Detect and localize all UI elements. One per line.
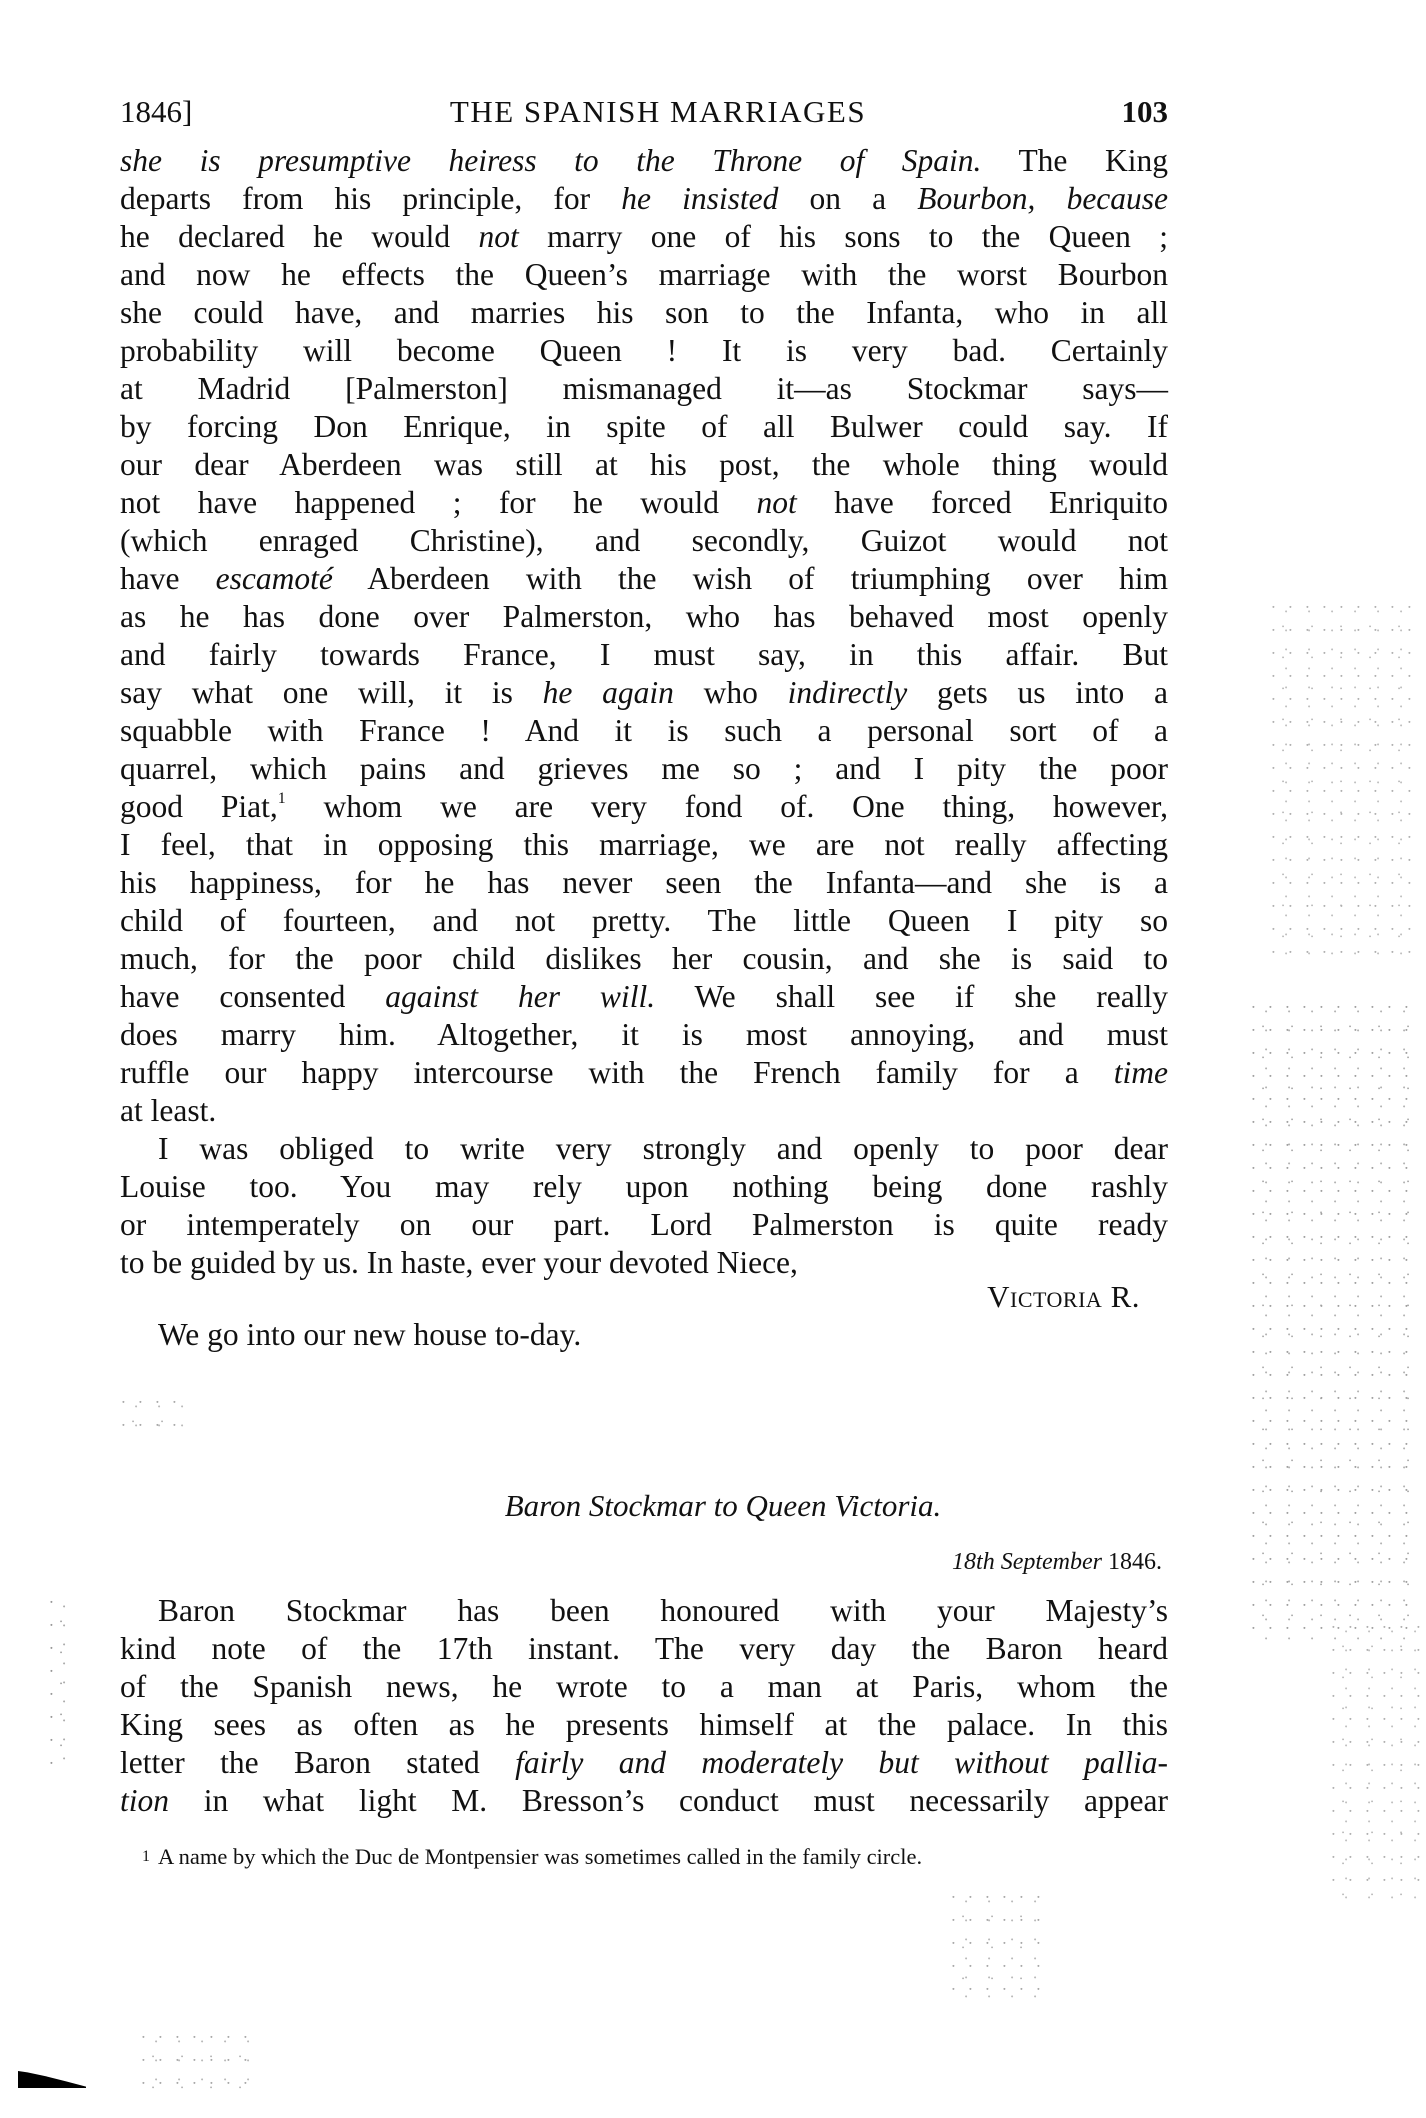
italic-text: he again: [543, 675, 674, 710]
footnote-reference: 1: [278, 790, 286, 807]
text-line: King sees as often as he presents himsel…: [120, 1706, 1168, 1744]
letter-heading: Baron Stockmar to Queen Victoria.: [0, 1486, 1426, 1526]
scan-noise: [140, 2030, 250, 2095]
text-line: have consented against her will. We shal…: [120, 978, 1168, 1016]
page-number: 103: [1122, 92, 1169, 132]
date-day: 18th: [952, 1549, 995, 1575]
italic-text: fairly and moderately but without pallia…: [515, 1745, 1168, 1780]
text-segment: whom we are very fond of. One thing, how…: [286, 789, 1168, 824]
signature: Victoria R.: [987, 1278, 1140, 1316]
text-line: she is presumptive heiress to the Throne…: [120, 142, 1168, 180]
text-line: child of fourteen, and not pretty. The l…: [120, 902, 1168, 940]
text-segment: in what light M. Bresson’s conduct must …: [169, 1783, 1168, 1818]
text-segment: letter the Baron stated: [120, 1745, 515, 1780]
text-segment: The King: [981, 143, 1168, 178]
text-line: our dear Aberdeen was still at his post,…: [120, 446, 1168, 484]
text-segment: and fairly towards France, I must say, i…: [120, 637, 1168, 672]
text-segment: good Piat,: [120, 789, 278, 824]
text-segment: have forced Enriquito: [797, 485, 1168, 520]
text-segment: (which enraged Christine), and secondly,…: [120, 523, 1168, 558]
date-year: 1846.: [1108, 1549, 1162, 1575]
italic-text: escamoté: [216, 561, 333, 596]
text-segment: not have happened ; for he would: [120, 485, 757, 520]
footnote: 1A name by which the Duc de Montpensier …: [142, 1842, 922, 1872]
running-head: 1846] THE SPANISH MARRIAGES 103: [118, 92, 1168, 132]
text-line: much, for the poor child dislikes her co…: [120, 940, 1168, 978]
text-segment: King sees as often as he presents himsel…: [120, 1707, 1168, 1742]
italic-text: not: [757, 485, 797, 520]
text-segment: I feel, that in opposing this marriage, …: [120, 827, 1168, 862]
text-segment: our dear Aberdeen was still at his post,…: [120, 447, 1168, 482]
text-line: tion in what light M. Bresson’s conduct …: [120, 1782, 1168, 1820]
text-line: good Piat,1 whom we are very fond of. On…: [120, 788, 1168, 826]
text-segment: probability will become Queen ! It is ve…: [120, 333, 1168, 368]
text-segment: Aberdeen with the wish of triumphing ove…: [333, 561, 1168, 596]
text-line: quarrel, which pains and grieves me so ;…: [120, 750, 1168, 788]
text-segment: departs from his principle, for: [120, 181, 621, 216]
text-line: ruffle our happy intercourse with the Fr…: [120, 1054, 1168, 1092]
scan-noise: [950, 1890, 1040, 2000]
text-line: letter the Baron stated fairly and moder…: [120, 1744, 1168, 1782]
text-line: his happiness, for he has never seen the…: [120, 864, 1168, 902]
italic-text: indirectly: [788, 675, 908, 710]
footnote-mark: 1: [142, 1848, 150, 1865]
scan-noise: [48, 1595, 66, 1765]
text-line: kind note of the 17th instant. The very …: [120, 1630, 1168, 1668]
text-segment: as he has done over Palmerston, who has …: [120, 599, 1168, 634]
text-segment: his happiness, for he has never seen the…: [120, 865, 1168, 900]
italic-text: tion: [120, 1783, 169, 1818]
italic-text: time: [1114, 1055, 1168, 1090]
text-line: as he has done over Palmerston, who has …: [120, 598, 1168, 636]
text-line: (which enraged Christine), and secondly,…: [120, 522, 1168, 560]
text-line: I was obliged to write very strongly and…: [120, 1130, 1168, 1168]
letter-date: 18th September 1846.: [952, 1546, 1162, 1578]
letter-paragraph-2: I was obliged to write very strongly and…: [120, 1130, 1168, 1282]
scan-noise: [1250, 1000, 1420, 1640]
italic-text: against her will.: [385, 979, 655, 1014]
text-line: at least.: [120, 1092, 1168, 1130]
italic-text: he insisted: [621, 181, 778, 216]
scan-noise: [1270, 600, 1420, 960]
postscript-line: We go into our new house to-day.: [120, 1316, 1168, 1354]
text-segment: marry one of his sons to the Queen ;: [519, 219, 1168, 254]
text-segment: gets us into a: [907, 675, 1168, 710]
text-segment: on a: [778, 181, 917, 216]
text-segment: who: [674, 675, 788, 710]
text-segment: at least.: [120, 1093, 216, 1128]
text-segment: quarrel, which pains and grieves me so ;…: [120, 751, 1168, 786]
text-line: she could have, and marries his son to t…: [120, 294, 1168, 332]
text-segment: and now he effects the Queen’s marriage …: [120, 257, 1168, 292]
text-segment: she could have, and marries his son to t…: [120, 295, 1168, 330]
text-segment: Baron Stockmar has been honoured with yo…: [158, 1593, 1168, 1628]
text-line: probability will become Queen ! It is ve…: [120, 332, 1168, 370]
scan-edge-mark: [18, 2071, 86, 2088]
text-line: at Madrid [Palmerston] mismanaged it—as …: [120, 370, 1168, 408]
letter-body-victoria: she is presumptive heiress to the Throne…: [120, 142, 1168, 1130]
text-segment: have consented: [120, 979, 385, 1014]
text-line: or intemperately on our part. Lord Palme…: [120, 1206, 1168, 1244]
italic-text: not: [478, 219, 518, 254]
italic-text: Bourbon, because: [917, 181, 1168, 216]
text-line: and fairly towards France, I must say, i…: [120, 636, 1168, 674]
text-line: and now he effects the Queen’s marriage …: [120, 256, 1168, 294]
text-segment: does marry him. Altogether, it is most a…: [120, 1017, 1168, 1052]
text-segment: say what one will, it is: [120, 675, 543, 710]
text-line: by forcing Don Enrique, in spite of all …: [120, 408, 1168, 446]
text-segment: he declared he would: [120, 219, 478, 254]
text-line: have escamoté Aberdeen with the wish of …: [120, 560, 1168, 598]
text-segment: kind note of the 17th instant. The very …: [120, 1631, 1168, 1666]
book-page: 1846] THE SPANISH MARRIAGES 103 she is p…: [0, 0, 1426, 2118]
text-line: to be guided by us. In haste, ever your …: [120, 1244, 1168, 1282]
letter-body-stockmar: Baron Stockmar has been honoured with yo…: [120, 1592, 1168, 1820]
text-segment: squabble with France ! And it is such a …: [120, 713, 1168, 748]
scan-noise: [1330, 1620, 1420, 1900]
text-segment: by forcing Don Enrique, in spite of all …: [120, 409, 1168, 444]
text-line: not have happened ; for he would not hav…: [120, 484, 1168, 522]
text-segment: of the Spanish news, he wrote to a man a…: [120, 1669, 1168, 1704]
text-line: departs from his principle, for he insis…: [120, 180, 1168, 218]
text-line: he declared he would not marry one of hi…: [120, 218, 1168, 256]
date-month: September: [1001, 1549, 1102, 1575]
footnote-text: A name by which the Duc de Montpensier w…: [158, 1844, 922, 1869]
italic-text: she is presumptive heiress to the Throne…: [120, 143, 981, 178]
scan-noise: [120, 1395, 190, 1435]
running-head-title: THE SPANISH MARRIAGES: [118, 92, 1168, 132]
text-line: Louise too. You may rely upon nothing be…: [120, 1168, 1168, 1206]
text-line: I feel, that in opposing this marriage, …: [120, 826, 1168, 864]
text-segment: much, for the poor child dislikes her co…: [120, 941, 1168, 976]
text-segment: ruffle our happy intercourse with the Fr…: [120, 1055, 1114, 1090]
text-line: squabble with France ! And it is such a …: [120, 712, 1168, 750]
text-segment: We shall see if she really: [655, 979, 1168, 1014]
text-line: of the Spanish news, he wrote to a man a…: [120, 1668, 1168, 1706]
text-line: say what one will, it is he again who in…: [120, 674, 1168, 712]
postscript: We go into our new house to-day.: [120, 1316, 1168, 1354]
text-line: Baron Stockmar has been honoured with yo…: [120, 1592, 1168, 1630]
text-segment: have: [120, 561, 216, 596]
text-segment: at Madrid [Palmerston] mismanaged it—as …: [120, 371, 1168, 406]
text-segment: child of fourteen, and not pretty. The l…: [120, 903, 1168, 938]
text-line: does marry him. Altogether, it is most a…: [120, 1016, 1168, 1054]
